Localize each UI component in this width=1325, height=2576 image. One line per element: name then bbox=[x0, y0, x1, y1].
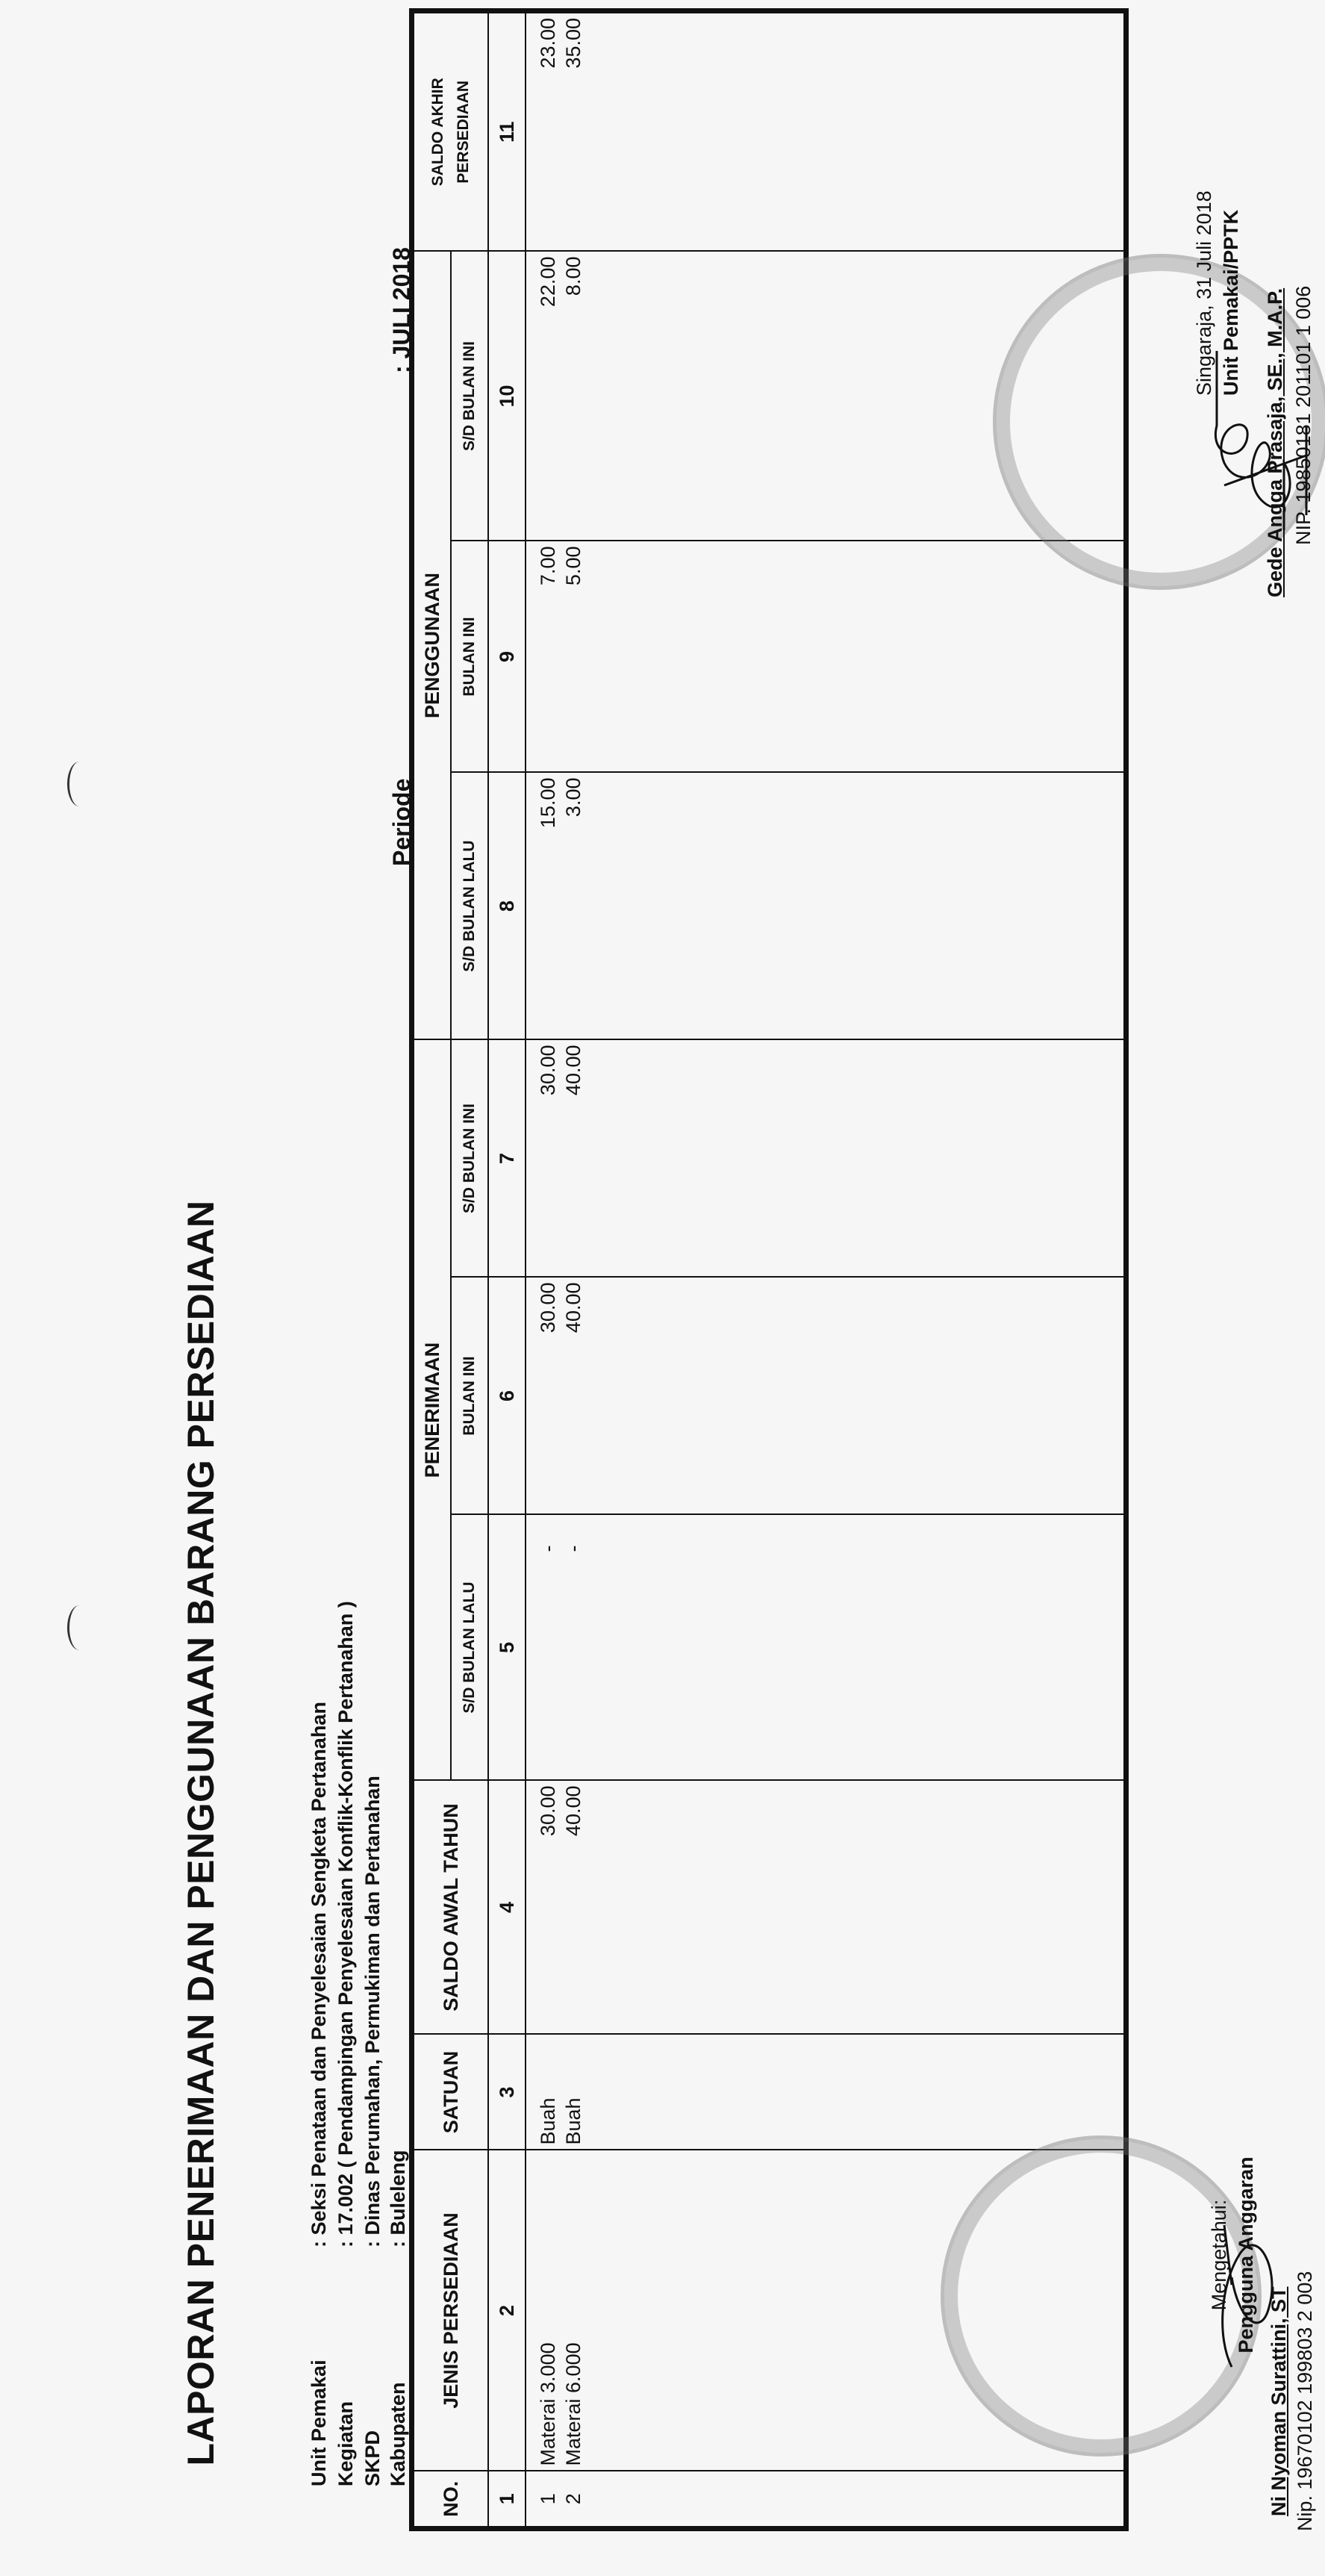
column-number: 6 bbox=[488, 1278, 526, 1515]
signer-name-left-wrap: Ni Nyoman Surattini, ST bbox=[1265, 2286, 1292, 2516]
header-saldo-akhir-line2: PERSEDIAAN bbox=[451, 18, 476, 246]
table-row-jenis: Materai 3.000 bbox=[535, 2156, 561, 2466]
header-penerimaan-bulan-ini: BULAN INI bbox=[451, 1278, 488, 1515]
column-number: 1 bbox=[488, 2471, 526, 2529]
cell-penerimaan-sd-ini: 30.00 40.00 bbox=[526, 1040, 1126, 1278]
table-row-penerimaan-sd-lalu: - bbox=[535, 1546, 561, 1776]
table-row-penggunaan-sd-ini: 8.00 bbox=[561, 257, 586, 536]
table-row-penggunaan-bulan-ini: 5.00 bbox=[561, 547, 586, 768]
cell-penggunaan-sd-lalu: 15.00 3.00 bbox=[526, 773, 1126, 1040]
table-row-penggunaan-sd-ini: 22.00 bbox=[535, 257, 561, 536]
signer-nip-right-wrap: NIP. 19850181 201101 1 006 bbox=[1290, 286, 1317, 545]
table-row-satuan: Buah bbox=[561, 2040, 586, 2145]
info-label-kabupaten: Kabupaten bbox=[387, 2382, 410, 2486]
cell-penerimaan-sd-lalu: - - bbox=[526, 1515, 1126, 1781]
cell-satuan: Buah Buah bbox=[526, 2035, 1126, 2150]
table-row-penerimaan-sd-ini: 40.00 bbox=[561, 1045, 586, 1272]
column-number: 2 bbox=[488, 2150, 526, 2471]
table-row-no: 2 bbox=[561, 2477, 586, 2522]
header-penggunaan-sd-bulan-ini: S/D BULAN INI bbox=[451, 252, 488, 541]
column-number: 5 bbox=[488, 1515, 526, 1781]
column-number: 3 bbox=[488, 2035, 526, 2150]
header-saldo-akhir-line1: SALDO AKHIR bbox=[425, 18, 451, 246]
header-jenis-persediaan: JENIS PERSEDIAAN bbox=[412, 2150, 489, 2471]
table-row-penerimaan-sd-ini: 30.00 bbox=[535, 1045, 561, 1272]
punch-hole-mark bbox=[67, 1605, 92, 1650]
table-row-saldo-awal: 30.00 bbox=[535, 1786, 561, 2029]
table-row-penggunaan-sd-lalu: 15.00 bbox=[535, 778, 561, 1035]
info-value-unit-pemakai: : Seksi Penataan dan Penyelesaian Sengke… bbox=[308, 1702, 331, 2247]
signer-name-left: Ni Nyoman Surattini, ST bbox=[1265, 2286, 1292, 2516]
cell-saldo-akhir: 23.00 35.00 bbox=[526, 11, 1126, 252]
cell-penggunaan-bulan-ini: 7.00 5.00 bbox=[526, 541, 1126, 773]
table-row-penerimaan-sd-lalu: - bbox=[561, 1546, 586, 1776]
column-number: 4 bbox=[488, 1781, 526, 2035]
table-row-no: 1 bbox=[535, 2477, 561, 2522]
header-penggunaan: PENGGUNAAN bbox=[412, 252, 452, 1040]
document-title: LAPORAN PENERIMAAN DAN PENGGUNAAN BARANG… bbox=[179, 0, 222, 2576]
table-row-penggunaan-bulan-ini: 7.00 bbox=[535, 547, 561, 768]
column-number: 8 bbox=[488, 773, 526, 1040]
info-value-skpd: : Dinas Perumahan, Permukiman dan Pertan… bbox=[361, 1776, 384, 2247]
header-no: NO. bbox=[412, 2471, 489, 2529]
signer-nip-right: NIP. 19850181 201101 1 006 bbox=[1290, 286, 1317, 545]
column-number: 10 bbox=[488, 252, 526, 541]
cell-penerimaan-bulan-ini: 30.00 40.00 bbox=[526, 1278, 1126, 1515]
table-row-satuan: Buah bbox=[535, 2040, 561, 2145]
table-row-saldo-akhir: 23.00 bbox=[535, 18, 561, 246]
signer-name-right-wrap: Gede Angga Prasaja, SE., M.A.P. bbox=[1262, 288, 1288, 597]
cell-saldo-awal: 30.00 40.00 bbox=[526, 1781, 1126, 2035]
info-value-kabupaten: : Buleleng bbox=[387, 2150, 410, 2247]
scanned-document-page: LAPORAN PENERIMAAN DAN PENGGUNAAN BARANG… bbox=[0, 0, 1325, 2576]
table-row-penerimaan-bulan-ini: 40.00 bbox=[561, 1283, 586, 1510]
signer-nip-left-wrap: Nip. 19670102 199803 2 003 bbox=[1291, 2271, 1318, 2531]
punch-hole-mark bbox=[67, 762, 92, 806]
table-row-jenis: Materai 6.000 bbox=[561, 2156, 586, 2466]
header-penerimaan-sd-bulan-lalu: S/D BULAN LALU bbox=[451, 1515, 488, 1781]
header-penggunaan-sd-bulan-lalu: S/D BULAN LALU bbox=[451, 773, 488, 1040]
header-saldo-awal-tahun: SALDO AWAL TAHUN bbox=[412, 1781, 489, 2035]
table-row-penerimaan-bulan-ini: 30.00 bbox=[535, 1283, 561, 1510]
info-label-kegiatan: Kegiatan bbox=[334, 2401, 358, 2486]
column-number: 7 bbox=[488, 1040, 526, 1278]
info-value-kegiatan: : 17.002 ( Pendampingan Penyelesaian Kon… bbox=[334, 1601, 358, 2247]
cell-no: 1 2 bbox=[526, 2471, 1126, 2529]
header-penerimaan-sd-bulan-ini: S/D BULAN INI bbox=[451, 1040, 488, 1278]
table-row-saldo-akhir: 35.00 bbox=[561, 18, 586, 246]
signer-nip-left: Nip. 19670102 199803 2 003 bbox=[1291, 2271, 1318, 2531]
table-row-penggunaan-sd-lalu: 3.00 bbox=[561, 778, 586, 1035]
header-saldo-akhir-persediaan: SALDO AKHIR PERSEDIAAN bbox=[412, 11, 489, 252]
column-number: 11 bbox=[488, 11, 526, 252]
signer-name-right: Gede Angga Prasaja, SE., M.A.P. bbox=[1262, 288, 1288, 597]
table-row-saldo-awal: 40.00 bbox=[561, 1786, 586, 2029]
header-penggunaan-bulan-ini: BULAN INI bbox=[451, 541, 488, 773]
info-label-unit-pemakai: Unit Pemakai bbox=[308, 2359, 331, 2486]
info-label-skpd: SKPD bbox=[361, 2430, 384, 2486]
column-number: 9 bbox=[488, 541, 526, 773]
header-penerimaan: PENERIMAAN bbox=[412, 1040, 452, 1781]
header-satuan: SATUAN bbox=[412, 2035, 489, 2150]
